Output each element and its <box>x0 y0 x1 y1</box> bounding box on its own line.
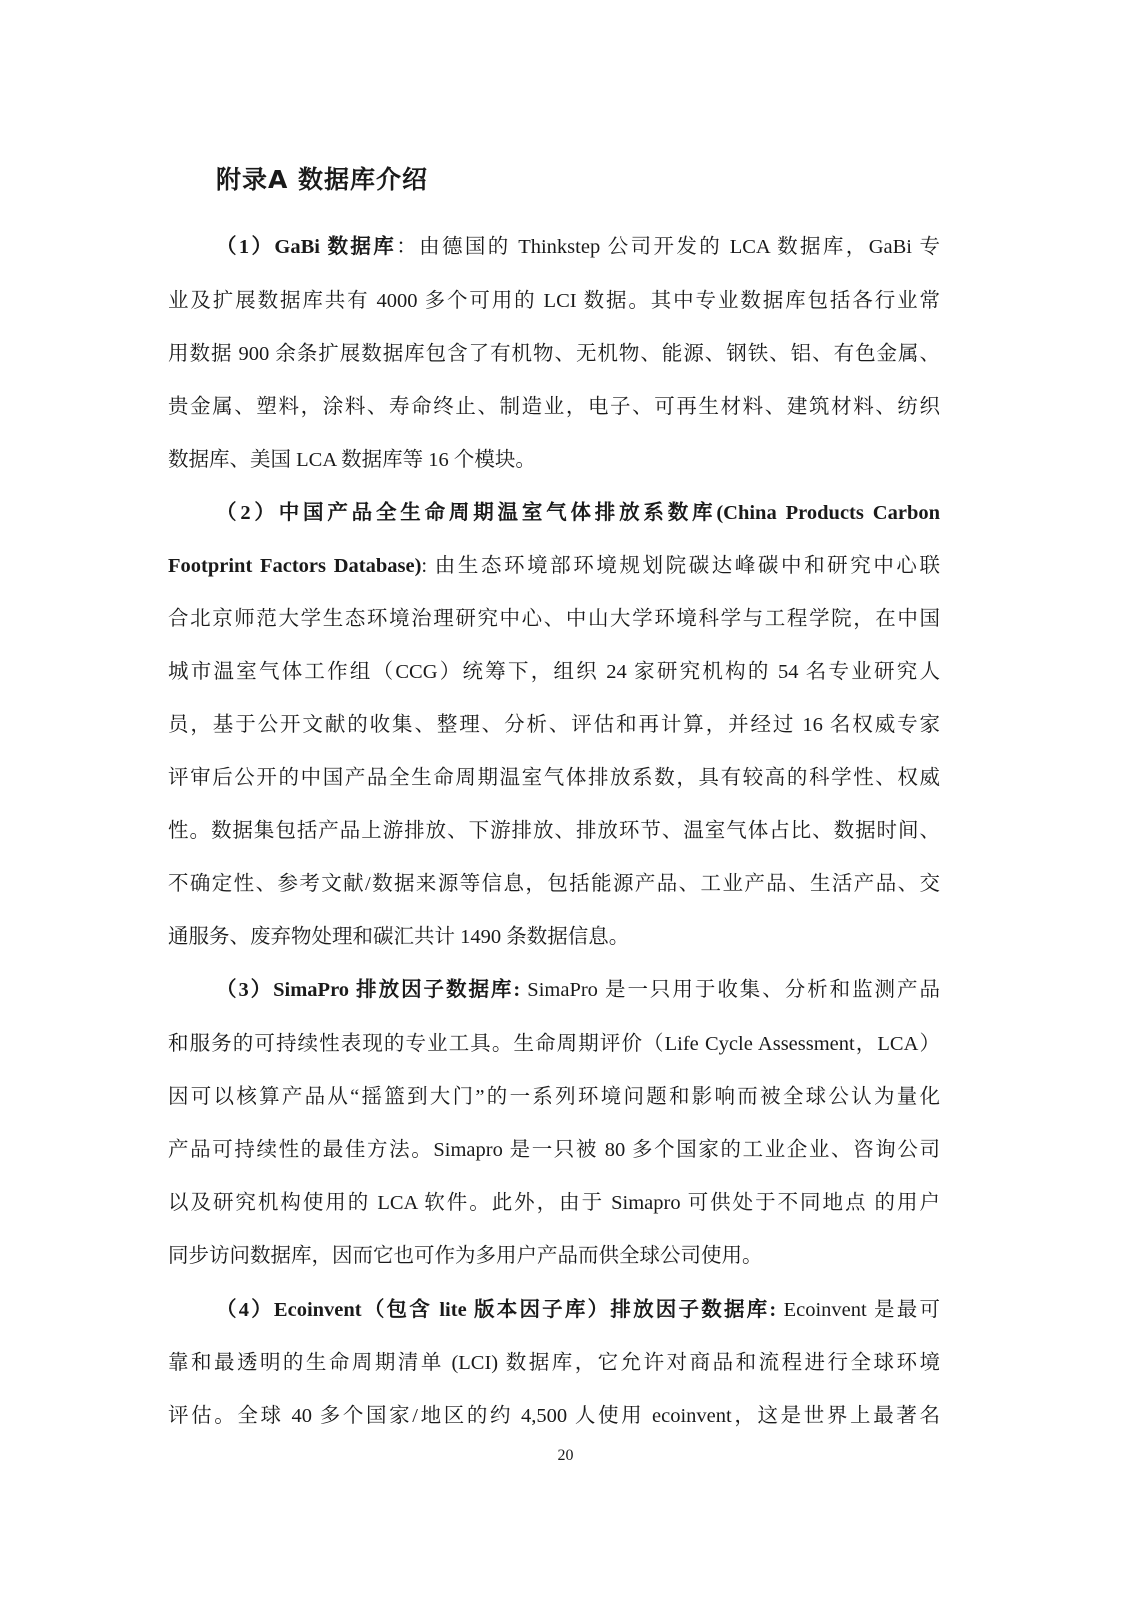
section-1-title: （1）GaBi 数据库 <box>216 236 396 258</box>
section-2-line-3: 合北京师范大学生态环境治理研究中心、中山大学环境科学与工程学院，在中国 <box>168 605 940 633</box>
section-2-title: （2）中国产品全生命周期温室气体排放系数库(China Products Car… <box>216 502 940 524</box>
section-2-line-2: Footprint Factors Database): 由生态环境部环境规划院… <box>168 552 940 580</box>
section-2-line-1: （2）中国产品全生命周期温室气体排放系数库(China Products Car… <box>216 499 940 527</box>
section-3-line-3: 因可以核算产品从“摇篮到大门”的一系列环境问题和影响而被全球公认为量化 <box>168 1083 940 1111</box>
section-3-line-4: 产品可持续性的最佳方法。Simapro 是一只被 80 多个国家的工业企业、咨询… <box>168 1136 940 1164</box>
section-1-line-4: 贵金属、塑料，涂料、寿命终止、制造业，电子、可再生材料、建筑材料、纺织 <box>168 393 940 421</box>
section-2-line-5: 员，基于公开文献的收集、整理、分析、评估和再计算，并经过 16 名权威专家 <box>168 711 940 739</box>
section-2-line-6: 评审后公开的中国产品全生命周期温室气体排放系数，具有较高的科学性、权威 <box>168 764 940 792</box>
section-2-line-7: 性。数据集包括产品上游排放、下游排放、排放环节、温室气体占比、数据时间、 <box>168 817 940 845</box>
section-3-line-1: （3）SimaPro 排放因子数据库: SimaPro 是一只用于收集、分析和监… <box>216 976 940 1004</box>
section-4-line-3: 评估。全球 40 多个国家/地区的约 4,500 人使用 ecoinvent，这… <box>168 1402 940 1430</box>
section-2-line-8: 不确定性、参考文献/数据来源等信息，包括能源产品、工业产品、生活产品、交 <box>168 870 940 898</box>
page-number: 20 <box>0 1447 1131 1465</box>
section-2-title-cont: Footprint Factors Database) <box>168 555 421 577</box>
section-3-line-6: 同步访问数据库，因而它也可作为多用户产品而供全球公司使用。 <box>168 1242 940 1270</box>
section-1-line-3: 用数据 900 余条扩展数据库包含了有机物、无机物、能源、钢铁、铝、有色金属、 <box>168 340 940 368</box>
section-3-title: （3）SimaPro 排放因子数据库: <box>216 979 520 1001</box>
section-1-line-2: 业及扩展数据库共有 4000 多个可用的 LCI 数据。其中专业数据库包括各行业… <box>168 287 940 315</box>
section-3-line-5: 以及研究机构使用的 LCA 软件。此外，由于 Simapro 可供处于不同地点 … <box>168 1189 940 1217</box>
section-4-title: （4）Ecoinvent（包含 lite 版本因子库）排放因子数据库: <box>216 1299 776 1321</box>
section-3-line-2: 和服务的可持续性表现的专业工具。生命周期评价（Life Cycle Assess… <box>168 1030 940 1058</box>
appendix-heading: 附录A 数据库介绍 <box>216 160 428 196</box>
section-4-line-1: （4）Ecoinvent（包含 lite 版本因子库）排放因子数据库: Ecoi… <box>216 1296 940 1324</box>
section-1-line-5: 数据库、美国 LCA 数据库等 16 个模块。 <box>168 446 940 474</box>
section-1-line-1: （1）GaBi 数据库：由德国的 Thinkstep 公司开发的 LCA 数据库… <box>216 233 940 261</box>
document-page: 附录A 数据库介绍 （1）GaBi 数据库：由德国的 Thinkstep 公司开… <box>0 0 1131 1600</box>
section-2-line-4: 城市温室气体工作组（CCG）统筹下，组织 24 家研究机构的 54 名专业研究人 <box>168 658 940 686</box>
section-2-line-9: 通服务、废弃物处理和碳汇共计 1490 条数据信息。 <box>168 923 940 951</box>
section-4-line-2: 靠和最透明的生命周期清单 (LCI) 数据库，它允许对商品和流程进行全球环境 <box>168 1349 940 1377</box>
